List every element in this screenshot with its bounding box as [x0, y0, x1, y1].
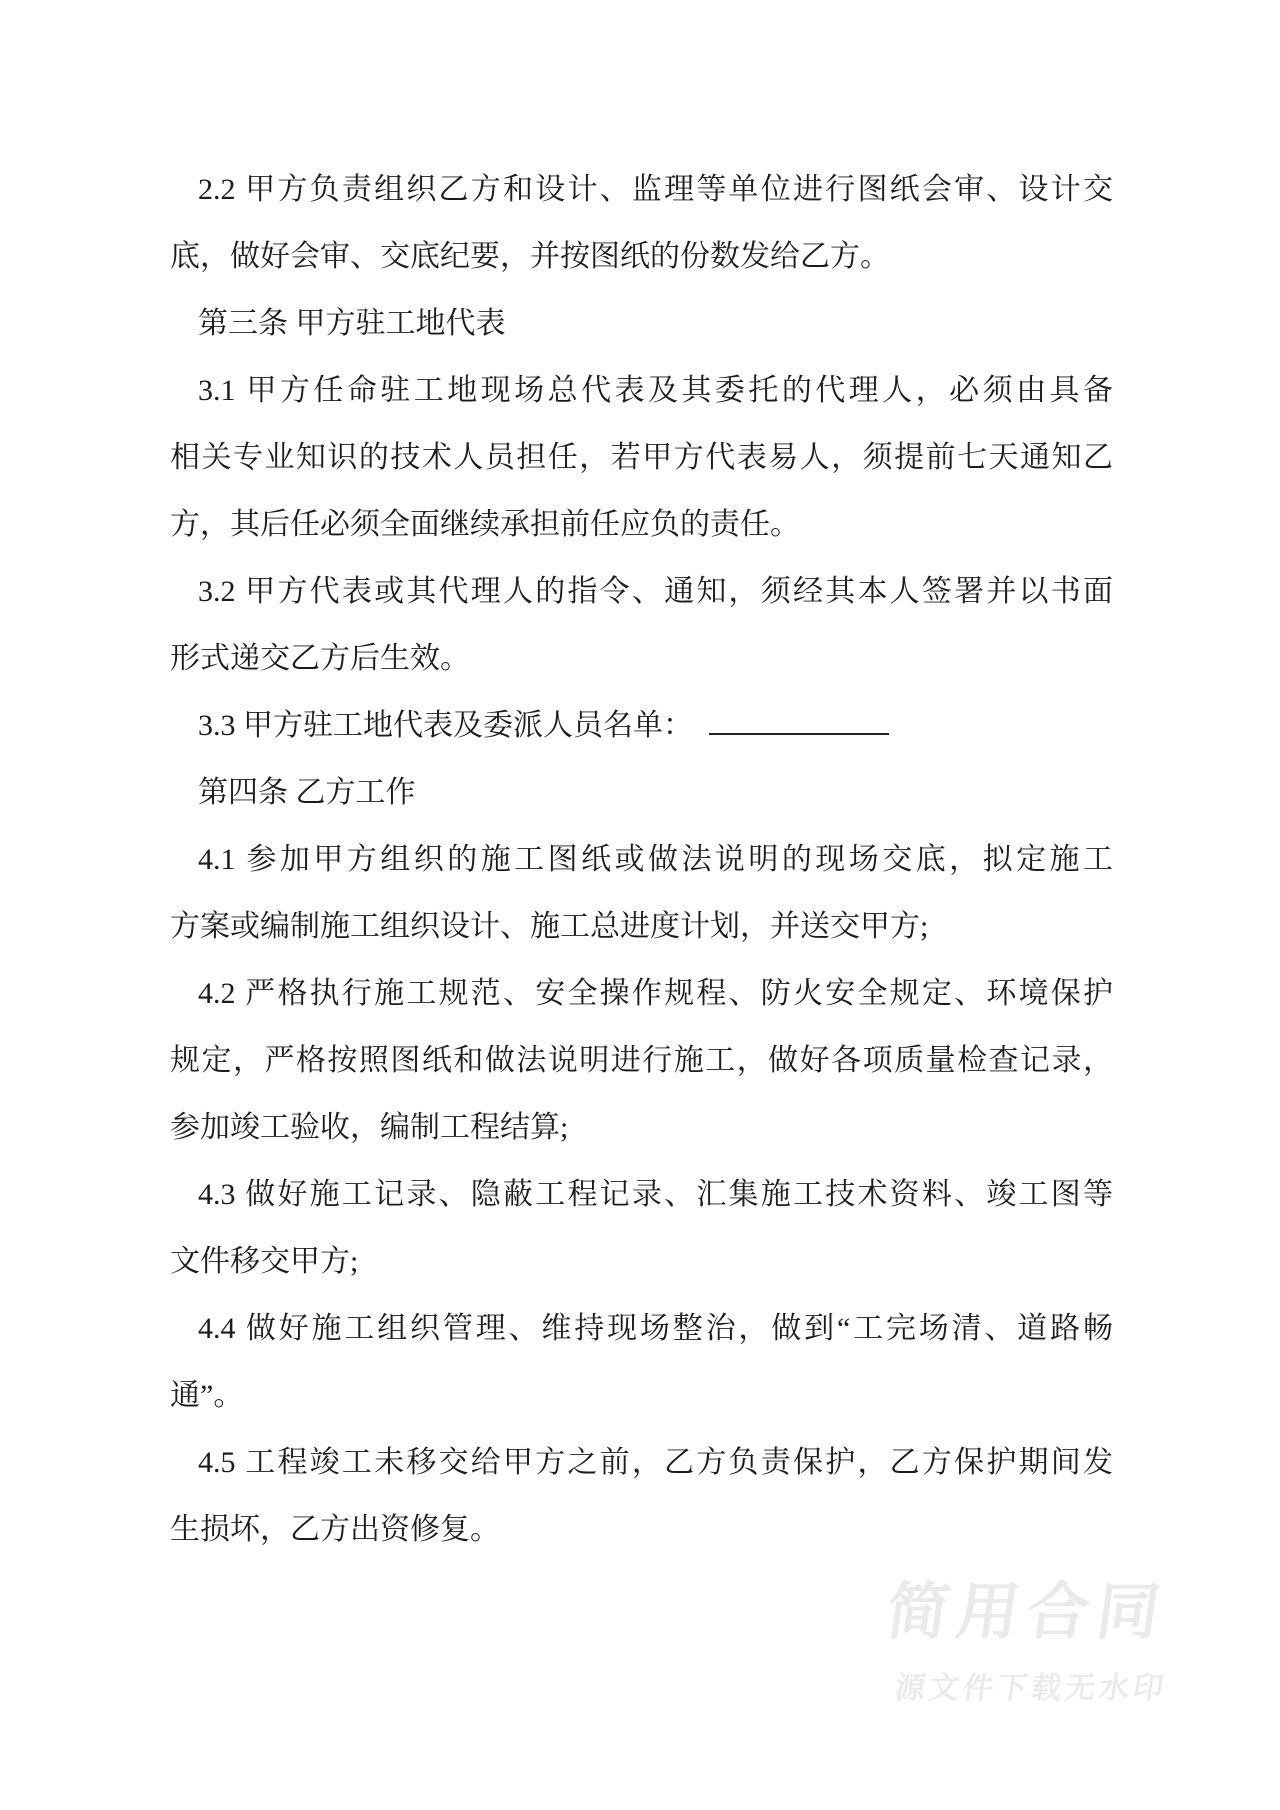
watermark-title: 简用合同 — [883, 1582, 1172, 1644]
line-text: 4.5 工程竣工未移交给甲方之前，乙方负责保护，乙方保护期间发 — [198, 1446, 1113, 1479]
document-line: 方，其后任必须全面继续承担前任应负的责任。 — [170, 491, 1113, 558]
line-text: 4.2 严格执行施工规范、安全操作规程、防火安全规定、环境保护 — [198, 977, 1113, 1010]
section-heading: 第三条 甲方驻工地代表 — [170, 290, 1113, 357]
line-text: 文件移交甲方; — [170, 1245, 358, 1278]
line-text: 形式递交乙方后生效。 — [170, 642, 470, 675]
document-line: 生损坏，乙方出资修复。 — [170, 1496, 1113, 1563]
line-text: 3.3 甲方驻工地代表及委派人员名单： — [198, 709, 693, 742]
contract-body: 2.2 甲方负责组织乙方和设计、监理等单位进行图纸会审、设计交底，做好会审、交底… — [170, 156, 1113, 1563]
line-text: 第三条 甲方驻工地代表 — [198, 307, 506, 340]
line-text: 底，做好会审、交底纪要，并按图纸的份数发给乙方。 — [170, 240, 890, 273]
document-line: 相关专业知识的技术人员担任，若甲方代表易人，须提前七天通知乙 — [170, 424, 1113, 491]
document-line: 规定，严格按照图纸和做法说明进行施工，做好各项质量检查记录， — [170, 1027, 1113, 1094]
document-line: 4.4 做好施工组织管理、维持现场整治，做到“工完场清、道路畅 — [170, 1295, 1113, 1362]
document-line: 2.2 甲方负责组织乙方和设计、监理等单位进行图纸会审、设计交 — [170, 156, 1113, 223]
line-text: 3.1 甲方任命驻工地现场总代表及其委托的代理人，必须由具备 — [198, 374, 1113, 407]
line-text: 方案或编制施工组织设计、施工总进度计划，并送交甲方; — [170, 910, 928, 943]
line-text: 3.2 甲方代表或其代理人的指令、通知，须经其本人签署并以书面 — [198, 575, 1113, 608]
watermark-subtitle: 源文件下载无水印 — [893, 1674, 1169, 1704]
section-heading: 第四条 乙方工作 — [170, 759, 1113, 826]
document-line: 4.1 参加甲方组织的施工图纸或做法说明的现场交底，拟定施工 — [170, 826, 1113, 893]
document-line: 3.2 甲方代表或其代理人的指令、通知，须经其本人签署并以书面 — [170, 558, 1113, 625]
document-line: 4.3 做好施工记录、隐蔽工程记录、汇集施工技术资料、竣工图等 — [170, 1161, 1113, 1228]
line-text: 相关专业知识的技术人员担任，若甲方代表易人，须提前七天通知乙 — [170, 441, 1113, 474]
document-line: 形式递交乙方后生效。 — [170, 625, 1113, 692]
line-text: 参加竣工验收，编制工程结算; — [170, 1111, 568, 1144]
document-line: 3.3 甲方驻工地代表及委派人员名单： — [170, 692, 1113, 759]
line-text: 4.4 做好施工组织管理、维持现场整治，做到“工完场清、道路畅 — [198, 1312, 1113, 1345]
line-text: 4.3 做好施工记录、隐蔽工程记录、汇集施工技术资料、竣工图等 — [198, 1178, 1113, 1211]
line-text: 通”。 — [170, 1379, 243, 1412]
document-line: 3.1 甲方任命驻工地现场总代表及其委托的代理人，必须由具备 — [170, 357, 1113, 424]
document-line: 4.5 工程竣工未移交给甲方之前，乙方负责保护，乙方保护期间发 — [170, 1429, 1113, 1496]
document-page: 2.2 甲方负责组织乙方和设计、监理等单位进行图纸会审、设计交底，做好会审、交底… — [0, 0, 1280, 1810]
line-text: 2.2 甲方负责组织乙方和设计、监理等单位进行图纸会审、设计交 — [198, 173, 1113, 206]
document-line: 通”。 — [170, 1362, 1113, 1429]
line-text: 第四条 乙方工作 — [198, 776, 416, 809]
line-text: 方，其后任必须全面继续承担前任应负的责任。 — [170, 508, 800, 541]
line-text: 规定，严格按照图纸和做法说明进行施工，做好各项质量检查记录， — [170, 1044, 1113, 1077]
line-text: 4.1 参加甲方组织的施工图纸或做法说明的现场交底，拟定施工 — [198, 843, 1113, 876]
document-line: 参加竣工验收，编制工程结算; — [170, 1094, 1113, 1161]
document-line: 方案或编制施工组织设计、施工总进度计划，并送交甲方; — [170, 893, 1113, 960]
line-text: 生损坏，乙方出资修复。 — [170, 1513, 500, 1546]
document-line: 文件移交甲方; — [170, 1228, 1113, 1295]
document-line: 4.2 严格执行施工规范、安全操作规程、防火安全规定、环境保护 — [170, 960, 1113, 1027]
document-line: 底，做好会审、交底纪要，并按图纸的份数发给乙方。 — [170, 223, 1113, 290]
fill-in-blank-underline — [709, 703, 889, 735]
